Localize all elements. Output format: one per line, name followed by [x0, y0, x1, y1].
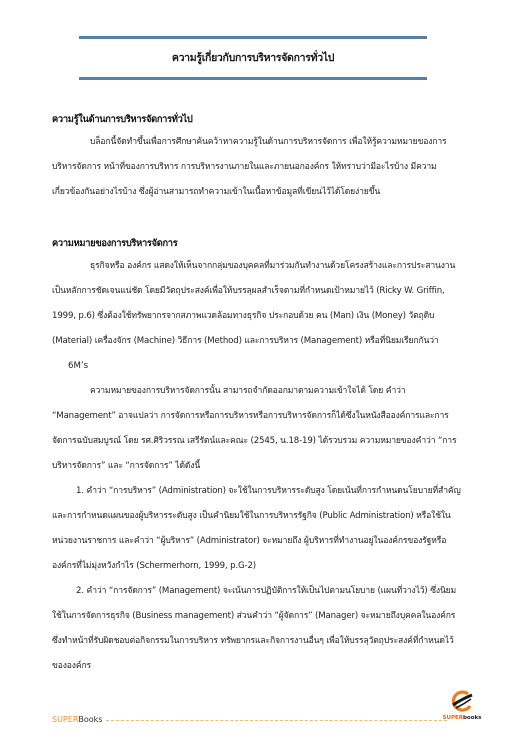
footer-brand-super: SUPER	[52, 715, 78, 724]
header-bottom-rule	[79, 77, 427, 80]
document-page: ความรู้เกี่ยวกับการบริหารจัดการทั่วไป คว…	[0, 0, 528, 745]
intro-paragraph: บล็อกนี้จัดทำขึ้นเพื่อการศึกษาค้นคว้าหาค…	[52, 130, 462, 205]
list-item-management: 2. คำว่า “การจัดการ” (Management) จะเน้น…	[52, 579, 462, 679]
swoosh-logo-icon	[450, 690, 474, 714]
superbooks-logo: SUPERbooks	[440, 690, 484, 726]
logo-word-books: books	[463, 715, 481, 721]
section-heading-meaning: ความหมายของการบริหารจัดการ	[52, 234, 462, 254]
document-body: ความรู้ในด้านการบริหารจัดการทั่วไป บล็อก…	[52, 110, 462, 679]
logo-wordmark: SUPERbooks	[440, 715, 484, 721]
footer-brand: SUPERBooks	[52, 715, 102, 724]
organization-paragraph: ธุรกิจหรือ องค์กร แสดงให้เห็นจากกลุ่มของ…	[52, 254, 462, 354]
section-heading-general-knowledge: ความรู้ในด้านการบริหารจัดการทั่วไป	[52, 110, 462, 130]
management-meaning-paragraph: ความหมายของการบริหารจัดการนั้น สามารถจำก…	[52, 379, 462, 479]
list-item-administration: 1. คำว่า “การบริหาร” (Administration) จะ…	[52, 479, 462, 579]
six-ms-label: 6M’s	[52, 354, 462, 379]
page-title: ความรู้เกี่ยวกับการบริหารจัดการทั่วไป	[79, 49, 427, 66]
footer-brand-books: Books	[78, 715, 102, 724]
page-footer: SUPERBooks	[52, 712, 447, 726]
footer-dashed-divider	[106, 720, 447, 721]
logo-word-super: SUPER	[443, 715, 463, 721]
header-top-rule	[79, 36, 427, 39]
